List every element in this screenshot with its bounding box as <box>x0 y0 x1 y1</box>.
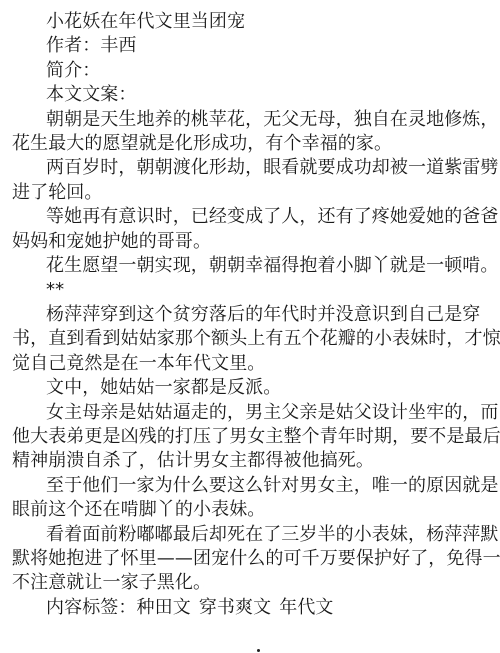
tag-farming: 种田文 <box>137 597 191 618</box>
paragraph-line: 文中，她姑姑一家都是反派。 <box>12 376 488 400</box>
paragraph-line: 看着面前粉嘟嘟最后却死在了三岁半的小表妹，杨萍萍默 <box>12 523 488 547</box>
intro-label: 简介： <box>12 59 488 83</box>
document-body: 小花妖在年代文里当团宠 作者：丰西 简介： 本文文案： 朝朝是天生地养的桃苹花，… <box>12 10 488 620</box>
author-line: 作者：丰西 <box>12 34 488 58</box>
paragraph-line: 等她再有意识时，已经变成了人，还有了疼她爱她的爸爸 <box>12 205 488 229</box>
paragraph-line: 觉自己竟然是在一本年代文里。 <box>12 352 488 376</box>
paragraph-line: 他大表弟更是凶残的打压了男女主整个青年时期，要不是最后 <box>12 425 488 449</box>
paragraph-line: 进了轮回。 <box>12 181 488 205</box>
paragraph-line: 花生愿望一朝实现，朝朝幸福得抱着小脚丫就是一顿啃。 <box>12 254 488 278</box>
paragraph-line: 花生最大的愿望就是化形成功，有个幸福的家。 <box>12 132 488 156</box>
scroll-dot-artifact <box>257 649 260 652</box>
paragraph-line: 眼前这个还在啃脚丫的小表妹。 <box>12 498 488 522</box>
paragraph-line: 两百岁时，朝朝渡化形劫，眼看就要成功却被一道紫雷劈 <box>12 156 488 180</box>
paragraph-line: 朝朝是天生地养的桃苹花，无父无母，独自在灵地修炼， <box>12 108 488 132</box>
paragraph-line: 妈妈和宠她护她的哥哥。 <box>12 230 488 254</box>
paragraph-line: 不注意就让一家子黑化。 <box>12 571 488 595</box>
paragraph-line: 至于他们一家为什么要这么针对男女主，唯一的原因就是 <box>12 474 488 498</box>
paragraph-line: 书，直到看到姑姑家那个额头上有五个花瓣的小表妹时，才惊 <box>12 327 488 351</box>
book-title: 小花妖在年代文里当团宠 <box>12 10 488 34</box>
content-tags: 内容标签：种田文穿书爽文年代文 <box>12 596 488 620</box>
tag-era: 年代文 <box>279 597 333 618</box>
paragraph-line: 杨萍萍穿到这个贫穷落后的年代时并没意识到自己是穿 <box>12 303 488 327</box>
tag-transmigration: 穿书爽文 <box>199 597 271 618</box>
tags-label: 内容标签： <box>46 597 137 618</box>
section-separator: ** <box>12 278 488 302</box>
paragraph-line: 女主母亲是姑姑逼走的，男主父亲是姑父设计坐牢的，而 <box>12 401 488 425</box>
paragraph-line: 精神崩溃自杀了，估计男女主都得被他搞死。 <box>12 449 488 473</box>
paragraph-line: 默将她抱进了怀里——团宠什么的可千万要保护好了，免得一个 <box>12 547 488 571</box>
blurb-label: 本文文案： <box>12 83 488 107</box>
